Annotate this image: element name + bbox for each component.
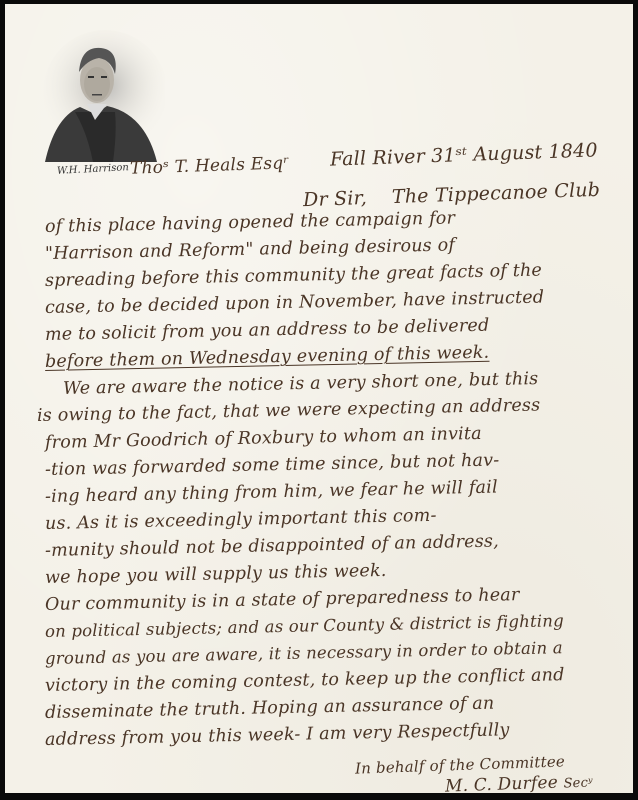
place-and-date: Fall River 31ˢᵗ August 1840 bbox=[330, 139, 598, 170]
letter-line: we hope you will supply us this week. bbox=[45, 561, 387, 588]
portrait-caption: W.H. Harrison bbox=[57, 162, 129, 177]
letter-line: -munity should not be disappointed of an… bbox=[45, 531, 499, 561]
letter-line: "Harrison and Reform" and being desirous… bbox=[45, 235, 455, 264]
letter-line: spreading before this community the grea… bbox=[45, 261, 542, 291]
letter-line: before them on Wednesday evening of this… bbox=[45, 343, 490, 372]
letter-line: me to solicit from you an address to be … bbox=[45, 316, 490, 345]
addressee: Thoˢ T. Heals Esqʳ bbox=[130, 153, 290, 179]
signature: M. C. Durfee Secʸ bbox=[445, 771, 593, 796]
salutation: Dr Sir, The Tippecanoe Club bbox=[303, 179, 601, 211]
letter-line: us. As it is exceedingly important this … bbox=[45, 506, 437, 534]
letter-line: ground as you are aware, it is necessary… bbox=[45, 638, 563, 668]
letter-line: address from you this week- I am very Re… bbox=[45, 720, 510, 750]
letter-line: is owing to the fact, that we were expec… bbox=[37, 395, 541, 426]
harrison-portrait-engraving bbox=[35, 22, 165, 162]
letter-line: on political subjects; and as our County… bbox=[45, 611, 564, 641]
letter-line: We are aware the notice is a very short … bbox=[63, 369, 539, 399]
letter-paper: W.H. Harrison Thoˢ T. Heals Esqʳ Fall Ri… bbox=[5, 4, 633, 793]
letter-line: disseminate the truth. Hoping an assuran… bbox=[45, 694, 495, 723]
signer-name: M. C. Durfee bbox=[445, 773, 559, 797]
letter-line: The Tippecanoe Club bbox=[392, 179, 601, 208]
letter-line: of this place having opened the campaign… bbox=[45, 208, 456, 237]
letter-line: -ing heard any thing from him, we fear h… bbox=[45, 478, 498, 507]
signer-title: Secʸ bbox=[563, 775, 593, 791]
letter-line: case, to be decided upon in November, ha… bbox=[45, 288, 545, 318]
letter-line: victory in the coming contest, to keep u… bbox=[45, 665, 565, 696]
letter-line: Our community is in a state of preparedn… bbox=[45, 585, 520, 615]
letter-line: from Mr Goodrich of Roxbury to whom an i… bbox=[45, 424, 482, 453]
letter-line: -tion was forwarded some time since, but… bbox=[45, 450, 500, 480]
